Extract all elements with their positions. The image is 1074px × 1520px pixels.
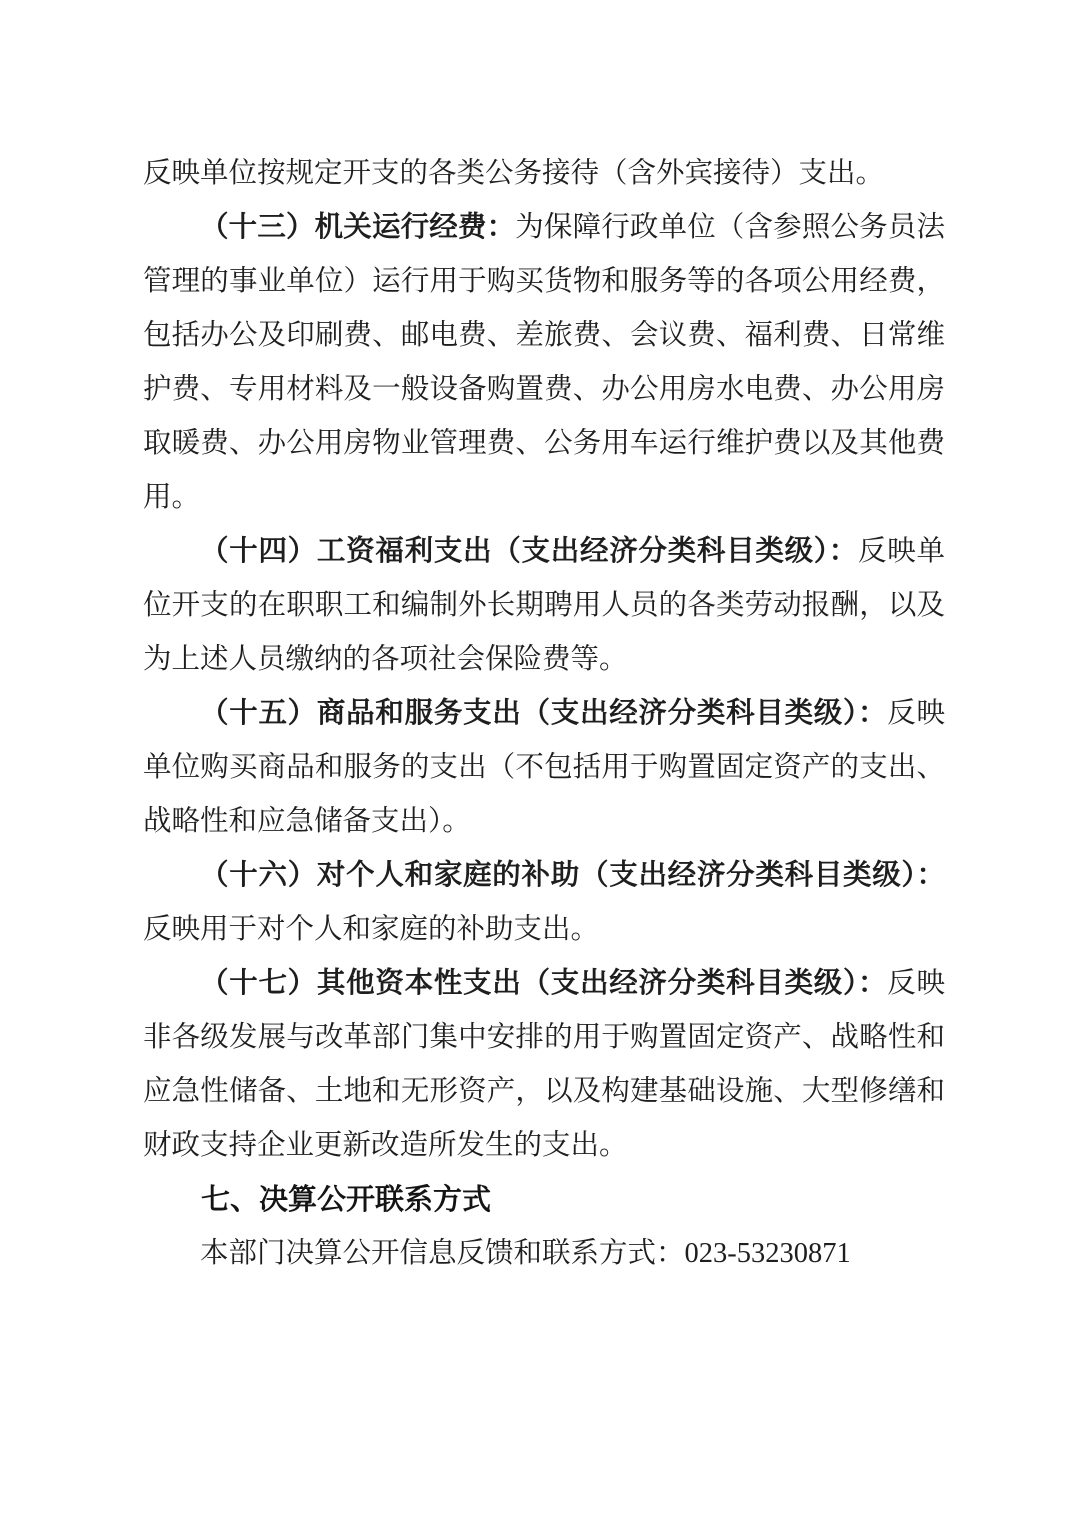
paragraph-item-17: （十七）其他资本性支出（支出经济分类科目类级）：反映非各级发展与改革部门集中安排… bbox=[143, 957, 945, 1173]
paragraph-item-15-lead: （十五）商品和服务支出（支出经济分类科目类级）： bbox=[200, 698, 887, 729]
paragraph-item-17-lead: （十七）其他资本性支出（支出经济分类科目类级）： bbox=[200, 968, 887, 999]
paragraph-item-14: （十四）工资福利支出（支出经济分类科目类级）：反映单位开支的在职职工和编制外长期… bbox=[143, 525, 945, 687]
paragraph-item-16-body: 反映用于对个人和家庭的补助支出。 bbox=[143, 914, 599, 945]
paragraph-continuation: 反映单位按规定开支的各类公务接待（含外宾接待）支出。 bbox=[143, 147, 945, 201]
paragraph-item-13-body: 为保障行政单位（含参照公务员法管理的事业单位）运行用于购买货物和服务等的各项公用… bbox=[143, 212, 945, 513]
paragraph-item-16: （十六）对个人和家庭的补助（支出经济分类科目类级）：反映用于对个人和家庭的补助支… bbox=[143, 849, 945, 957]
paragraph-item-13-lead: （十三）机关运行经费： bbox=[200, 212, 515, 243]
paragraph-contact: 本部门决算公开信息反馈和联系方式：023-53230871 bbox=[143, 1227, 945, 1281]
paragraph-item-14-lead: （十四）工资福利支出（支出经济分类科目类级）： bbox=[200, 536, 858, 567]
section-heading: 七、决算公开联系方式 bbox=[143, 1173, 945, 1227]
paragraph-item-15: （十五）商品和服务支出（支出经济分类科目类级）：反映单位购买商品和服务的支出（不… bbox=[143, 687, 945, 849]
document-page: 反映单位按规定开支的各类公务接待（含外宾接待）支出。 （十三）机关运行经费：为保… bbox=[0, 0, 1074, 1520]
paragraph-item-13: （十三）机关运行经费：为保障行政单位（含参照公务员法管理的事业单位）运行用于购买… bbox=[143, 201, 945, 525]
paragraph-item-16-lead: （十六）对个人和家庭的补助（支出经济分类科目类级）： bbox=[200, 860, 945, 891]
document-content: 反映单位按规定开支的各类公务接待（含外宾接待）支出。 （十三）机关运行经费：为保… bbox=[143, 147, 945, 1281]
